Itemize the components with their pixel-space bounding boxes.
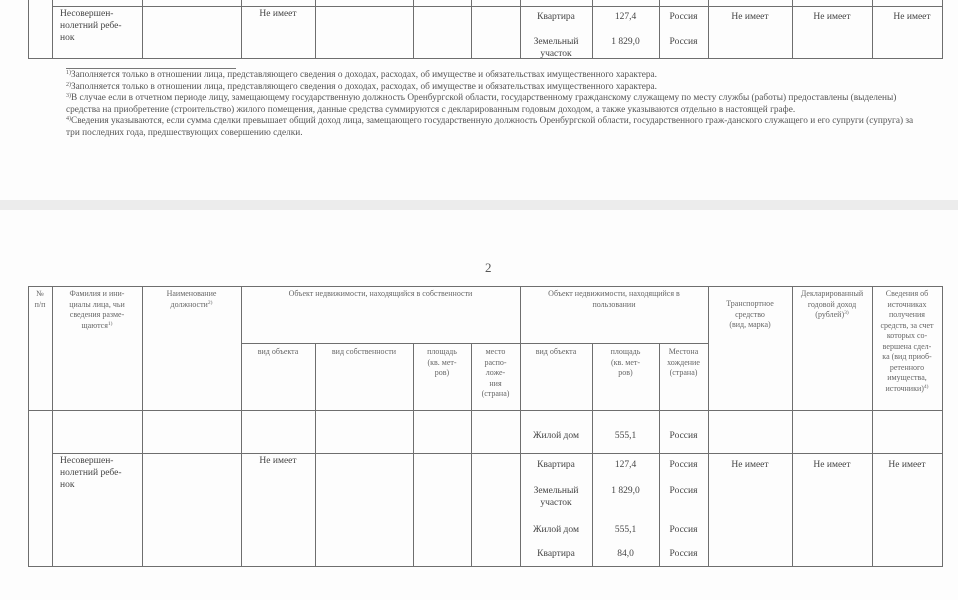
footnote-ref: 2) — [208, 300, 213, 306]
used-country: Россия — [659, 548, 708, 560]
page-number: 2 — [485, 260, 492, 276]
table-border — [241, 286, 242, 567]
header-income-text: Декларированный годовой доход (рублей) — [801, 289, 863, 319]
header-position: Наименование должности2) — [142, 289, 241, 310]
header-income: Декларированный годовой доход (рублей)3) — [792, 289, 872, 321]
footnote-2: 2)Заполняется только в отношении лица, п… — [66, 82, 926, 94]
header-used-type: вид объекта — [520, 347, 592, 358]
table-rule — [52, 6, 942, 7]
header-sources-text: Сведения об источниках получения средств… — [880, 289, 933, 393]
declared-income: Не имеет — [792, 11, 872, 23]
page-separator — [0, 200, 958, 210]
used-country: Россия — [659, 524, 708, 536]
footnote-3: 3)В случае если в отчетном периоде лицу,… — [66, 93, 926, 116]
footnote-text: Сведения указываются, если сумма сделки … — [66, 116, 913, 138]
table-border — [28, 286, 29, 567]
footnote-text: В случае если в отчетном периоде лицу, з… — [66, 93, 896, 115]
table-border — [659, 0, 660, 59]
header-owned-group: Объект недвижимости, находящийся в собст… — [241, 289, 520, 300]
footnote-mark: 4) — [66, 116, 71, 122]
table-border — [792, 0, 793, 59]
used-area: 84,0 — [592, 548, 659, 560]
footnote-ref: 1) — [108, 321, 113, 327]
header-name-text: Фамилия и ини- циалы лица, чьи сведения … — [69, 289, 125, 330]
used-country: Россия — [659, 11, 708, 23]
used-type: Квартира — [520, 459, 592, 471]
used-area: 127,4 — [592, 459, 659, 471]
person-name: Несовершен- нолетний ребе- нок — [60, 455, 140, 491]
used-country: Россия — [659, 485, 708, 497]
table-border — [315, 0, 316, 59]
owned-property: Не имеет — [241, 455, 315, 467]
footnote-4: 4)Сведения указываются, если сумма сделк… — [66, 116, 926, 139]
table-border — [942, 286, 943, 567]
table-border — [471, 0, 472, 59]
footnote-1: 1)Заполняется только в отношении лица, п… — [66, 70, 926, 82]
document-page-1: Несовершен- нолетний ребе- нок Не имеет … — [0, 0, 958, 200]
header-used-location: Местона хождение (страна) — [659, 347, 708, 379]
used-country: Россия — [659, 459, 708, 471]
used-area: 555,1 — [592, 524, 659, 536]
used-type: Земельный участок — [520, 485, 592, 509]
footnote-text: Заполняется только в отношении лица, пре… — [71, 82, 657, 92]
table-border — [792, 286, 793, 567]
table-border — [942, 0, 943, 59]
used-type: Квартира — [520, 11, 592, 23]
funds-sources: Не имеет — [872, 459, 942, 471]
table-rule — [28, 286, 942, 287]
table-border — [52, 0, 53, 59]
funds-sources: Не имеет — [872, 11, 952, 23]
owned-property: Не имеет — [241, 8, 315, 20]
table-border — [592, 0, 593, 59]
used-area: 1 829,0 — [592, 36, 659, 48]
used-country: Россия — [659, 430, 708, 442]
document-page-2: 2 № п/п Фамилия и ини- циалы лица, чьи с… — [0, 210, 958, 600]
table-rule — [28, 566, 942, 567]
header-transport: Транспортное средство (вид, марка) — [708, 299, 792, 331]
table-border — [413, 0, 414, 59]
footnote-rule — [66, 68, 236, 69]
header-owned-area: площадь (кв. мет- ров) — [413, 347, 471, 379]
table-border — [708, 0, 709, 59]
used-country: Россия — [659, 36, 708, 48]
header-used-area: площадь (кв. мет- ров) — [592, 347, 659, 379]
used-area: 555,1 — [592, 430, 659, 442]
table-border — [872, 0, 873, 59]
person-name: Несовершен- нолетний ребе- нок — [60, 8, 140, 44]
header-owned-location: место распо- ложе- ния (страна) — [471, 347, 520, 400]
used-type: Квартира — [520, 548, 592, 560]
footnote-ref: 3) — [844, 310, 849, 316]
footnotes: 1)Заполняется только в отношении лица, п… — [66, 70, 926, 140]
header-owned-type: вид объекта — [241, 347, 315, 358]
footnote-ref: 4) — [924, 384, 929, 390]
transport: Не имеет — [708, 459, 792, 471]
header-sources: Сведения об источниках получения средств… — [872, 289, 942, 394]
header-owned-kind: вид собственности — [315, 347, 413, 358]
declared-income: Не имеет — [792, 459, 872, 471]
header-used-group: Объект недвижимости, находящийся в польз… — [520, 289, 708, 310]
table-border — [142, 286, 143, 567]
table-rule — [28, 58, 942, 59]
table-border — [315, 343, 316, 567]
transport: Не имеет — [708, 11, 792, 23]
table-rule — [28, 410, 942, 411]
table-border — [142, 0, 143, 59]
used-type: Жилой дом — [520, 524, 592, 536]
table-border — [28, 0, 29, 59]
footnote-mark: 3) — [66, 93, 71, 99]
used-area: 127,4 — [592, 11, 659, 23]
header-number: № п/п — [28, 289, 52, 310]
table-rule — [52, 453, 942, 454]
header-name: Фамилия и ини- циалы лица, чьи сведения … — [52, 289, 142, 331]
footnote-mark: 1) — [66, 70, 71, 76]
used-area: 1 829,0 — [592, 485, 659, 497]
used-type: Земельный участок — [520, 36, 592, 60]
footnote-text: Заполняется только в отношении лица, пре… — [71, 70, 657, 80]
footnote-mark: 2) — [66, 82, 71, 88]
table-rule — [241, 343, 708, 344]
used-type: Жилой дом — [520, 430, 592, 442]
